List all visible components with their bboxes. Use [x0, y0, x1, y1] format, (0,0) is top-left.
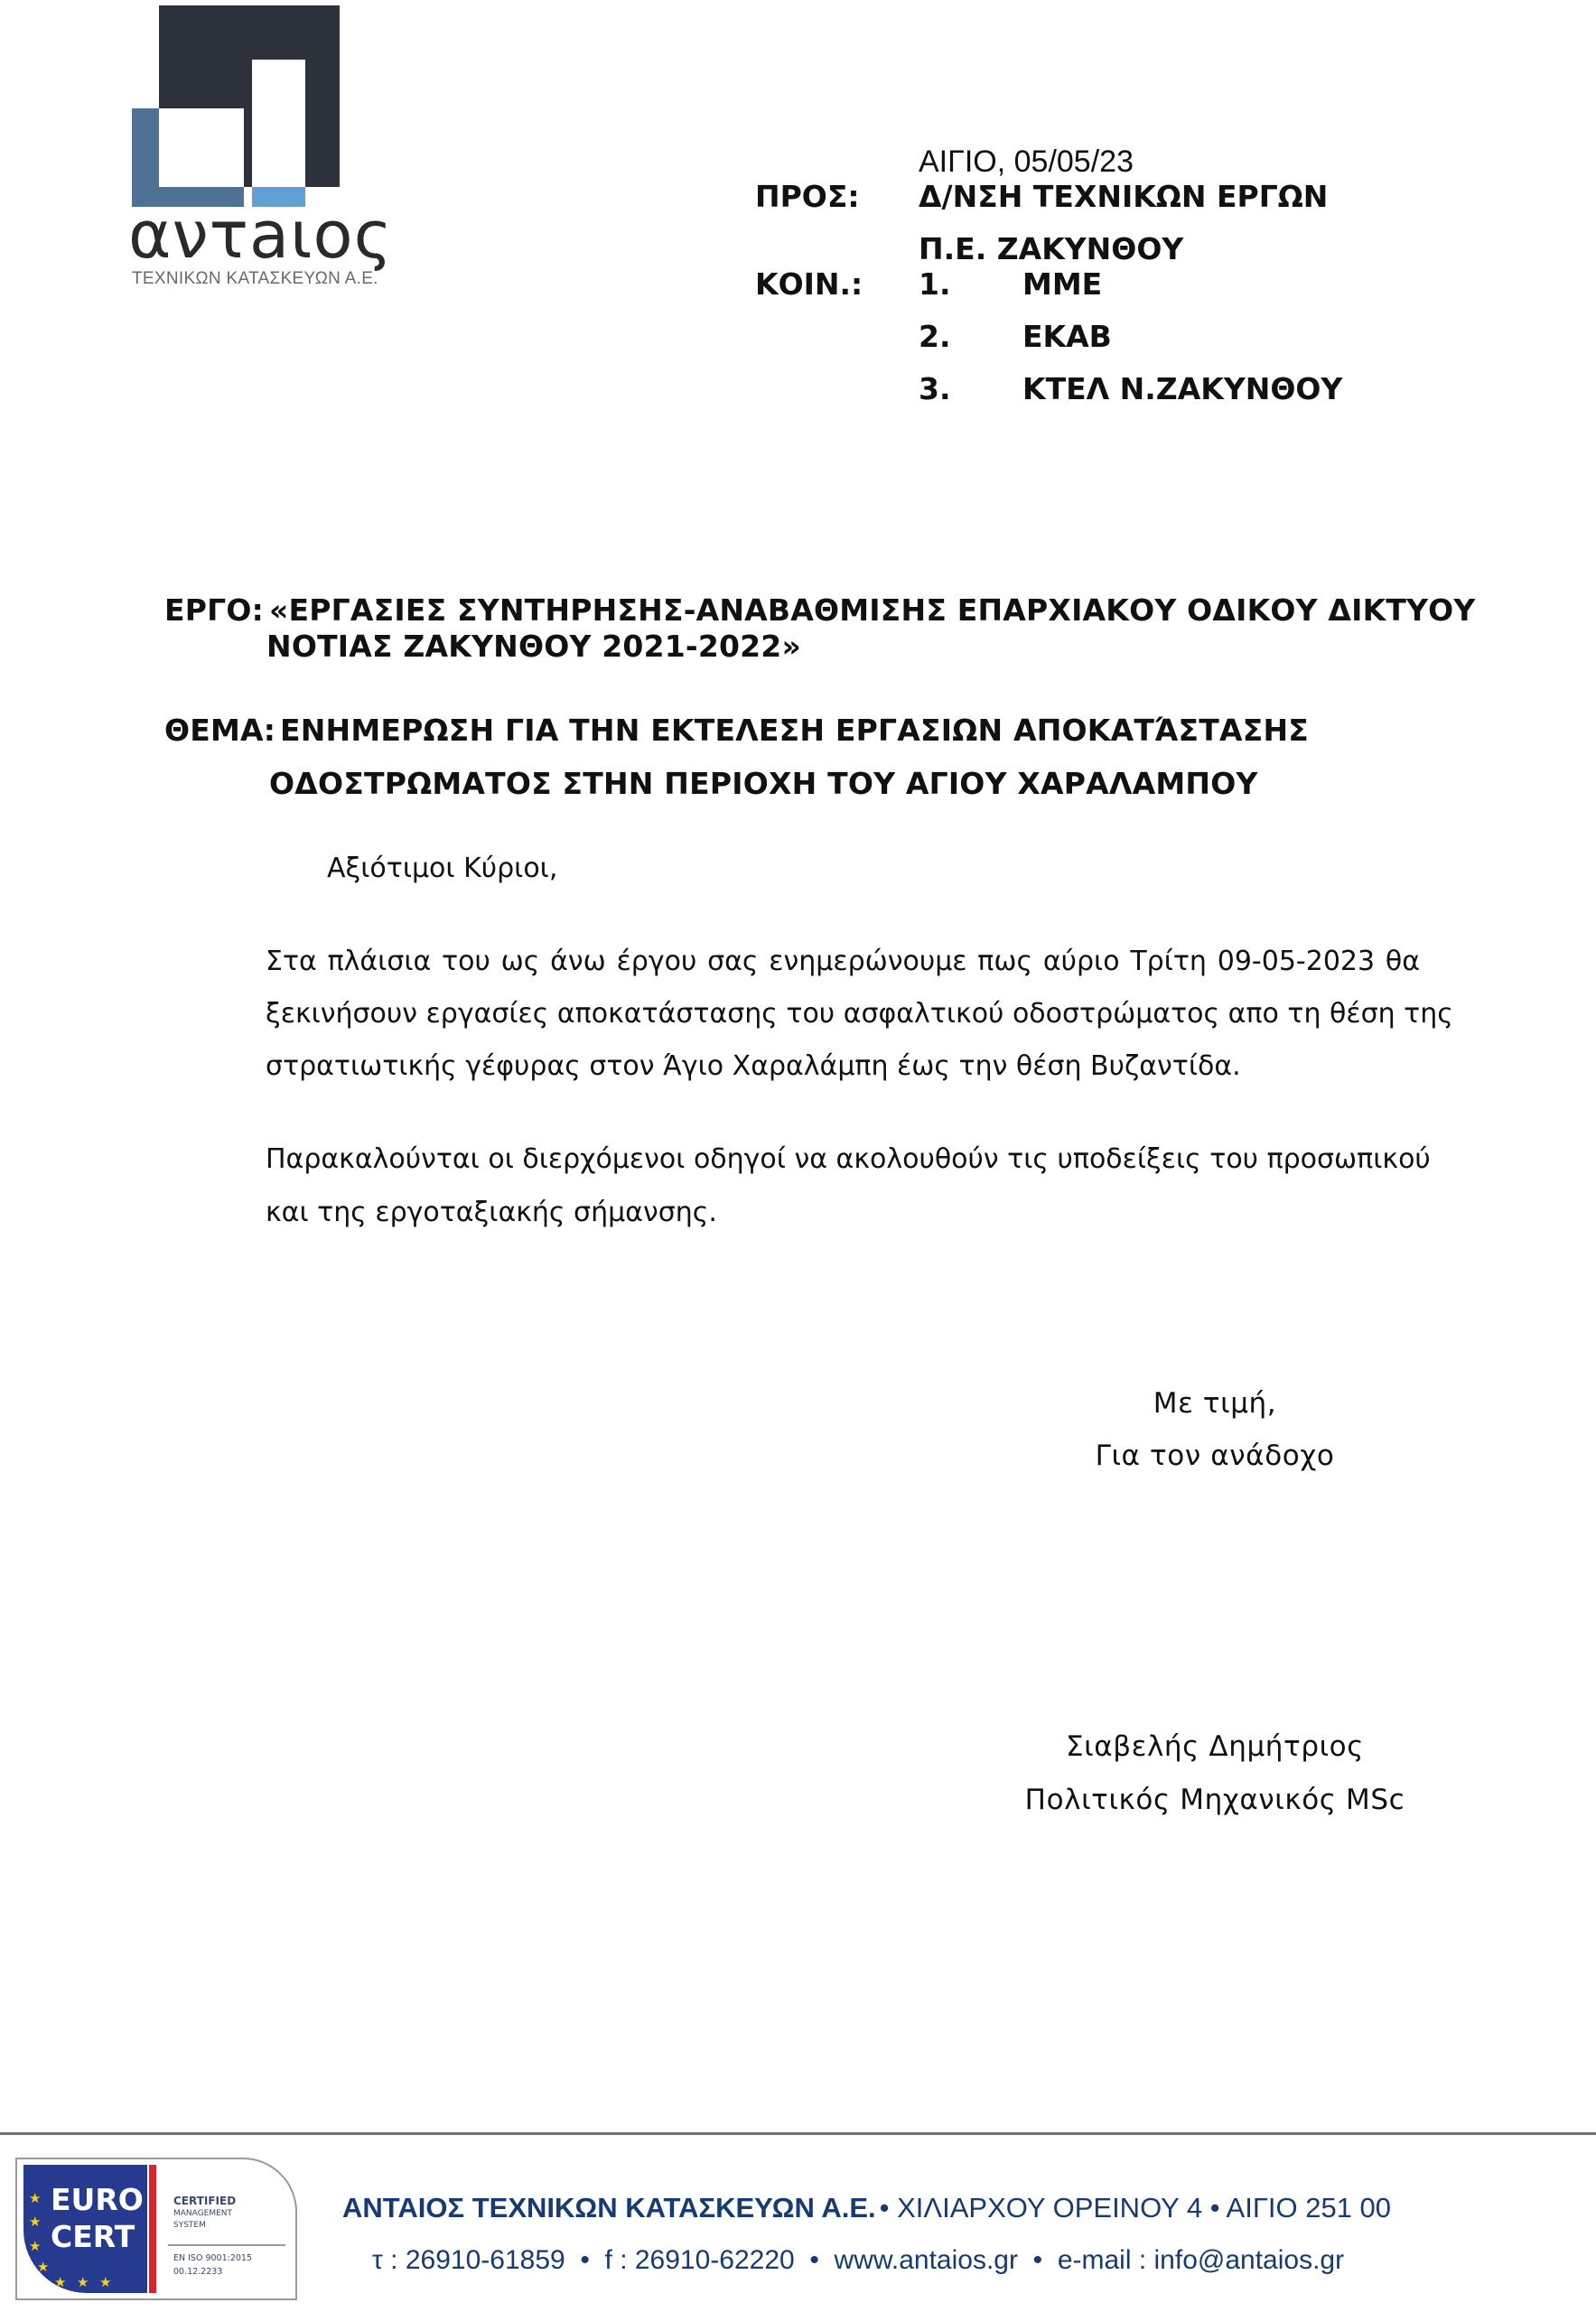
cc-item-text: ΚΤΕΛ Ν.ΖΑΚΥΝΘΟΥ — [1022, 374, 1342, 404]
cc-item-text: ΕΚΑΒ — [1022, 322, 1112, 351]
badge-cert-number: 00.12.2233 — [173, 2268, 222, 2277]
footer-company-line: ΑΝΤΑΙΟΣ ΤΕΧΝΙΚΩΝ ΚΑΤΑΣΚΕΥΩΝ Α.Ε. • ΧΙΛΙΑ… — [342, 2194, 1391, 2222]
logo-inner-square — [159, 108, 244, 187]
paragraph-line: Παρακαλούνται οι διερχόμενοι οδηγοί να α… — [266, 1146, 1420, 1173]
cc-item-text: ΜΜΕ — [1022, 269, 1102, 299]
paragraph-line: ξεκινήσουν εργασίες αποκατάστασης του ασ… — [266, 1001, 1420, 1028]
closing-line-2: Για τον ανάδοχο — [944, 1442, 1486, 1470]
footer-company: ΑΝΤΑΙΟΣ ΤΕΧΝΙΚΩΝ ΚΑΤΑΣΚΕΥΩΝ Α.Ε. — [342, 2192, 876, 2223]
eurocert-blue-panel: EURO CERT ★ ★ ★ ★ ★ ★ ★ — [23, 2165, 147, 2293]
star-icon: ★ — [77, 2277, 89, 2290]
star-icon: ★ — [29, 2193, 41, 2206]
logo-wordmark: αντaιος — [128, 202, 393, 267]
logo-tagline: ΤΕΧΝΙΚΩΝ ΚΑΤΑΣΚΕΥΩΝ Α.Ε. — [132, 270, 378, 287]
logo-inner-tall — [252, 60, 305, 187]
to-recipient-line2: Π.Ε. ΖΑΚΥΝΘΟΥ — [919, 234, 1183, 264]
signer-title: Πολιτικός Μηχανικός MSc — [944, 1786, 1486, 1814]
star-icon: ★ — [29, 2216, 41, 2230]
eurocert-word-cert: CERT — [51, 2222, 135, 2251]
place-date: ΑΙΓΙΟ, 05/05/23 — [919, 144, 1134, 180]
paragraph-line: Στα πλάισια του ως άνω έργου σας ενημερώ… — [266, 948, 1420, 975]
footer-contact: τ : 26910-61859 • f : 26910-62220 • www.… — [372, 2247, 1344, 2274]
closing-line-1: Με τιμή, — [944, 1390, 1486, 1418]
project-label: ΕΡΓΟ: — [164, 595, 264, 625]
signer-name: Σιαβελής Δημήτριος — [944, 1733, 1486, 1761]
badge-management: MANAGEMENT — [173, 2210, 232, 2218]
to-label: ΠΡΟΣ: — [755, 182, 860, 211]
cc-item-number: 3. — [919, 374, 951, 404]
project-title-line1: «ΕΡΓΑΣΙΕΣ ΣΥΝΤΗΡΗΣΗΣ-ΑΝΑΒΑΘΜΙΣΗΣ ΕΠΑΡΧΙΑ… — [269, 595, 1476, 625]
badge-separator — [168, 2244, 285, 2246]
footer-address: • ΧΙΛΙΑΡΧΟΥ ΟΡΕΙΝΟΥ 4 • ΑΙΓΙΟ 251 00 — [880, 2192, 1391, 2223]
star-icon: ★ — [54, 2277, 66, 2290]
star-icon: ★ — [99, 2277, 111, 2290]
star-icon: ★ — [29, 2241, 41, 2254]
star-icon: ★ — [37, 2261, 49, 2275]
subject-label: ΘΕΜΑ: — [164, 715, 275, 745]
badge-standard: EN ISO 9001:2015 — [173, 2254, 252, 2263]
cc-item-number: 2. — [919, 322, 951, 351]
company-logo: αντaιος ΤΕΧΝΙΚΩΝ ΚΑΤΑΣΚΕΥΩΝ Α.Ε. — [126, 0, 379, 298]
paragraph-line: και της εργοταξιακής σήμανσης. — [266, 1199, 1420, 1226]
footer-divider — [0, 2132, 1596, 2135]
eurocert-word-euro: EURO — [51, 2185, 144, 2214]
cc-label: ΚΟΙΝ.: — [755, 269, 863, 299]
eurocert-badge: EURO CERT ★ ★ ★ ★ ★ ★ ★ CERTIFIED MANAGE… — [15, 2158, 297, 2300]
subject-line1: ΕΝΗΜΕΡΩΣΗ ΓΙΑ ΤΗΝ ΕΚΤΕΛΕΣΗ ΕΡΓΑΣΙΩΝ ΑΠΟΚ… — [280, 715, 1309, 745]
badge-system: SYSTEM — [173, 2222, 206, 2230]
to-recipient-line1: Δ/ΝΣΗ ΤΕΧΝΙΚΩΝ ΕΡΓΩΝ — [919, 182, 1328, 211]
cc-item-number: 1. — [919, 269, 951, 299]
salutation: Αξιότιμοι Κύριοι, — [327, 855, 557, 882]
project-title-line2: ΝΟΤΙΑΣ ΖΑΚΥΝΘΟΥ 2021-2022» — [266, 631, 801, 661]
paragraph-line: στρατιωτικής γέφυρας στον Άγιο Χαραλάμπη… — [266, 1053, 1420, 1080]
badge-certified: CERTIFIED — [173, 2195, 236, 2206]
eurocert-red-bar — [149, 2165, 156, 2293]
subject-line2: ΟΔΟΣΤΡΩΜΑΤΟΣ ΣΤΗΝ ΠΕΡΙΟΧΗ ΤΟΥ ΑΓΙΟΥ ΧΑΡΑ… — [269, 769, 1258, 798]
